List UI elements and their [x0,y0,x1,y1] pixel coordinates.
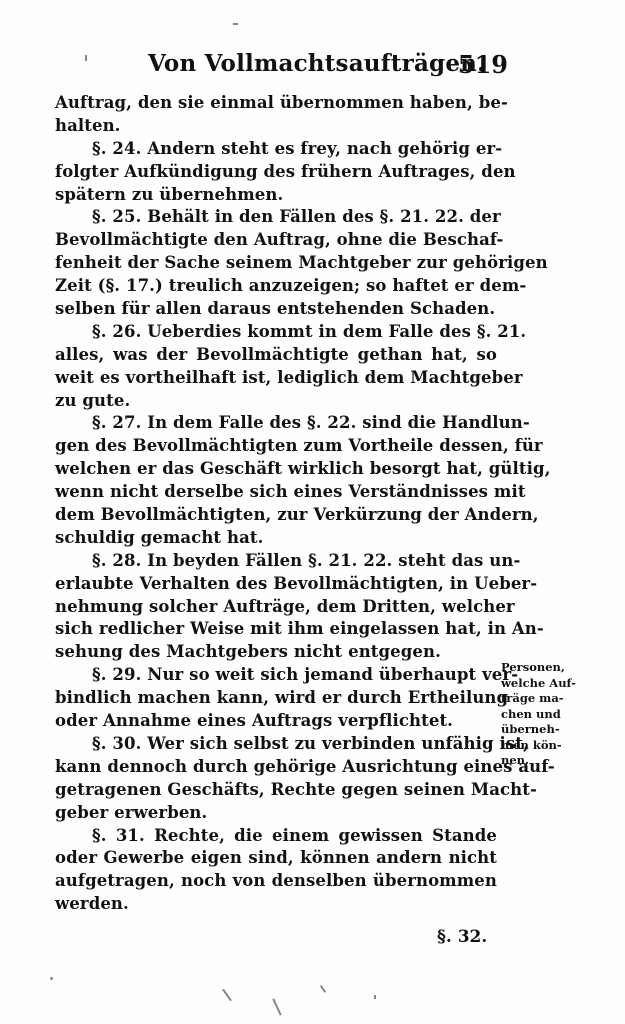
text-line: spätern zu übernehmen. [55,184,497,207]
margin-note-line: träge ma- [501,691,573,707]
text-line: sich redlicher Weise mit ihm eingelassen… [55,618,497,641]
text-line: schuldig gemacht hat. [55,527,497,550]
text-line: Bevollmächtigte den Auftrag, ohne die Be… [55,229,497,252]
running-title: Von Vollmachtsaufträgen. [148,50,485,77]
text-line: sehung des Machtgebers nicht entgegen. [55,641,497,664]
text-line: Auftrag, den sie einmal übernommen haben… [55,92,497,115]
text-line: §. 29. Nur so weit sich jemand überhaupt… [55,664,497,687]
page-header: Von Vollmachtsaufträgen. 519 [148,50,508,84]
text-line: §. 25. Behält in den Fällen des §. 21. 2… [55,206,497,229]
scan-speck [85,55,87,61]
text-line: getragenen Geschäfts, Rechte gegen seine… [55,779,497,802]
scan-speck [320,985,326,993]
text-line: werden. [55,893,497,916]
section-25: §. 25. Behält in den Fällen des §. 21. 2… [55,206,497,320]
text-line: halten. [55,115,497,138]
scan-speck [222,989,232,1002]
body-text: Auftrag, den sie einmal übernommen haben… [55,92,497,916]
text-line: welchen er das Geschäft wirklich besorgt… [55,458,497,481]
section-31: §. 31. Rechte, die einem gewissen Stande… [55,825,497,917]
text-line: wenn nicht derselbe sich eines Verständn… [55,481,497,504]
scan-speck [374,995,376,999]
margin-note-line: men kön- [501,738,573,754]
margin-note-line: überneh- [501,722,573,738]
margin-note-line: chen und [501,707,573,723]
text-line: weit es vortheilhaft ist, lediglich dem … [55,367,497,390]
section-29: §. 29. Nur so weit sich jemand überhaupt… [55,664,497,733]
section-24: §. 24. Andern steht es frey, nach gehöri… [55,138,497,207]
text-line: Zeit (§. 17.) treulich anzuzeigen; so ha… [55,275,497,298]
text-line: §. 26. Ueberdies kommt in dem Falle des … [55,321,497,344]
text-line: aufgetragen, noch von denselben übernomm… [55,870,497,893]
page-number: 519 [458,50,508,79]
margin-note-line: nen. [501,753,573,769]
scan-speck [50,977,53,980]
text-line: oder Gewerbe eigen sind, können andern n… [55,847,497,870]
catchword: §. 32. [437,927,487,947]
text-line: kann dennoch durch gehörige Ausrichtung … [55,756,497,779]
text-line: geber erwerben. [55,802,497,825]
scan-speck [272,998,281,1015]
section-30: §. 30. Wer sich selbst zu verbinden unfä… [55,733,497,825]
text-line: erlaubte Verhalten des Bevollmächtigten,… [55,573,497,596]
section-26: §. 26. Ueberdies kommt in dem Falle des … [55,321,497,413]
text-line: alles, was der Bevollmächtigte gethan ha… [55,344,497,367]
text-line: zu gute. [55,390,497,413]
text-line: folgter Aufkündigung des frühern Auftrag… [55,161,497,184]
text-line: bindlich machen kann, wird er durch Erth… [55,687,497,710]
text-line: nehmung solcher Aufträge, dem Dritten, w… [55,596,497,619]
text-line: selben für allen daraus entstehenden Sch… [55,298,497,321]
margin-note-line: welche Auf- [501,676,573,692]
text-line: §. 24. Andern steht es frey, nach gehöri… [55,138,497,161]
margin-note-line: Personen, [501,660,573,676]
section-27: §. 27. In dem Falle des §. 22. sind die … [55,412,497,549]
text-line: gen des Bevollmächtigten zum Vortheile d… [55,435,497,458]
text-line: §. 28. In beyden Fällen §. 21. 22. steht… [55,550,497,573]
paragraph-continuation: Auftrag, den sie einmal übernommen haben… [55,92,497,138]
text-line: dem Bevollmächtigten, zur Verkürzung der… [55,504,497,527]
book-page: Von Vollmachtsaufträgen. 519 Auftrag, de… [0,0,625,1024]
text-line: fenheit der Sache seinem Machtgeber zur … [55,252,497,275]
text-line: §. 31. Rechte, die einem gewissen Stande [55,825,497,848]
section-28: §. 28. In beyden Fällen §. 21. 22. steht… [55,550,497,664]
text-line: oder Annahme eines Auftrags verpflichtet… [55,710,497,733]
text-line: §. 30. Wer sich selbst zu verbinden unfä… [55,733,497,756]
text-line: §. 27. In dem Falle des §. 22. sind die … [55,412,497,435]
margin-note: Personen, welche Auf- träge ma- chen und… [501,660,573,769]
scan-speck [233,23,238,25]
